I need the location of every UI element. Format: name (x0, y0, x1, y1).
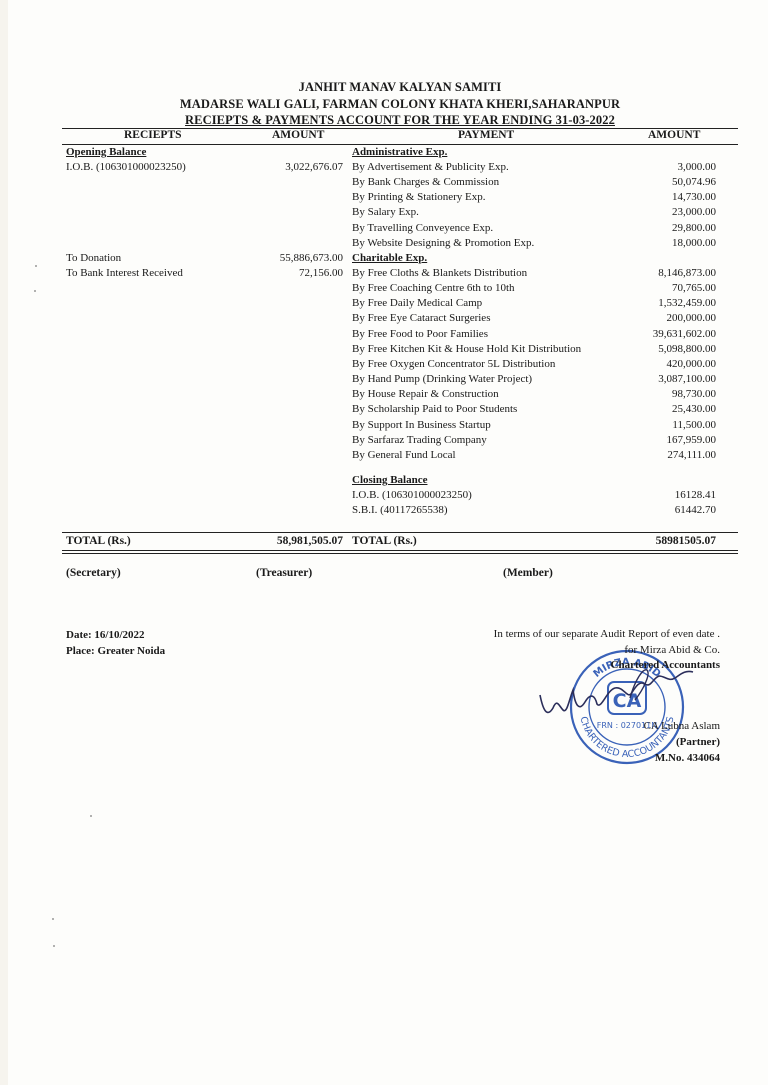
payment-label: By Printing & Stationery Exp. (352, 190, 486, 205)
firm-name: for Mirza Abid & Co. (500, 644, 720, 656)
payment-label: By Website Designing & Promotion Exp. (352, 236, 534, 251)
payment-label: By Scholarship Paid to Poor Students (352, 402, 517, 417)
col-payment: PAYMENT (458, 129, 514, 141)
total-rule-double (62, 553, 738, 554)
payment-amount: 8,146,873.00 (610, 266, 716, 281)
payment-amount: 5,098,800.00 (610, 342, 716, 357)
payment-amount: 70,765.00 (610, 281, 716, 296)
payment-label: By Salary Exp. (352, 205, 419, 220)
payment-amount: 167,959.00 (610, 433, 716, 448)
payment-label: By House Repair & Construction (352, 387, 499, 402)
payment-amount: 18,000.00 (610, 236, 716, 251)
payment-amount: 1,532,459.00 (610, 296, 716, 311)
payment-label: By Free Eye Cataract Surgeries (352, 311, 490, 326)
scan-speck (34, 290, 36, 292)
receipt-amount: 72,156.00 (240, 266, 343, 281)
org-address: MADARSE WALI GALI, FARMAN COLONY KHATA K… (60, 97, 740, 112)
payment-amount: 16128.41 (610, 488, 716, 503)
scan-speck (53, 945, 55, 947)
payment-amount: 23,000.00 (610, 205, 716, 220)
page-edge (0, 0, 8, 1085)
receipt-label: To Bank Interest Received (66, 266, 183, 281)
member-label: (Member) (503, 567, 553, 579)
total-rule-top (62, 532, 738, 533)
payment-amount: 200,000.00 (610, 311, 716, 326)
payment-label: By Free Oxygen Concentrator 5L Distribut… (352, 357, 555, 372)
receipt-amount: 55,886,673.00 (240, 251, 343, 266)
payment-label: By General Fund Local (352, 448, 456, 463)
payment-label: By Hand Pump (Drinking Water Project) (352, 372, 532, 387)
total-right-label: TOTAL (Rs.) (352, 535, 417, 547)
payment-label: I.O.B. (106301000023250) (352, 488, 472, 503)
secretary-label: (Secretary) (66, 567, 121, 579)
total-left-label: TOTAL (Rs.) (66, 535, 131, 547)
payment-amount: 420,000.00 (610, 357, 716, 372)
payment-amount: 61442.70 (610, 503, 716, 518)
signatory-name: CA Lubna Aslam (500, 720, 720, 732)
payment-label: By Free Food to Poor Families (352, 327, 488, 342)
payment-amount: 3,087,100.00 (610, 372, 716, 387)
statement-title: RECIEPTS & PAYMENTS ACCOUNT FOR THE YEAR… (60, 113, 740, 128)
payment-amount: 274,111.00 (610, 448, 716, 463)
receipt-label: I.O.B. (106301000023250) (66, 160, 186, 175)
payment-amount: 98,730.00 (610, 387, 716, 402)
payment-label: By Support In Business Startup (352, 418, 491, 433)
payment-label: By Travelling Conveyence Exp. (352, 221, 493, 236)
payment-amount: 39,631,602.00 (610, 327, 716, 342)
payment-label: By Free Cloths & Blankets Distribution (352, 266, 527, 281)
col-receipts: RECIEPTS (124, 129, 182, 141)
treasurer-label: (Treasurer) (256, 567, 312, 579)
payment-amount: 11,500.00 (610, 418, 716, 433)
payment-label: S.B.I. (40117265538) (352, 503, 448, 518)
payment-label: By Free Kitchen Kit & House Hold Kit Dis… (352, 342, 581, 357)
payment-amount: 29,800.00 (610, 221, 716, 236)
payment-label: By Bank Charges & Commission (352, 175, 499, 190)
firm-type: Chartered Accountants (500, 659, 720, 671)
date-text: Date: 16/10/2022 (66, 629, 145, 641)
total-left-amount: 58,981,505.07 (240, 535, 343, 547)
admin-exp-heading: Administrative Exp. (352, 145, 447, 160)
scan-speck (52, 918, 54, 920)
signatory-role: (Partner) (500, 736, 720, 748)
opening-balance-heading: Opening Balance (66, 145, 146, 160)
payment-label: By Advertisement & Publicity Exp. (352, 160, 509, 175)
payment-label: By Sarfaraz Trading Company (352, 433, 487, 448)
scan-speck (90, 815, 92, 817)
col-amount-right: AMOUNT (648, 129, 700, 141)
payment-amount: 25,430.00 (610, 402, 716, 417)
payment-label: By Free Daily Medical Camp (352, 296, 482, 311)
col-amount-left: AMOUNT (272, 129, 324, 141)
receipt-label: To Donation (66, 251, 121, 266)
scan-speck (35, 265, 37, 267)
payment-amount: 3,000.00 (610, 160, 716, 175)
total-right-amount: 58981505.07 (610, 535, 716, 547)
payment-amount: 14,730.00 (610, 190, 716, 205)
total-rule-bottom (62, 550, 738, 551)
receipt-amount: 3,022,676.07 (240, 160, 343, 175)
place-text: Place: Greater Noida (66, 645, 165, 657)
org-name: JANHIT MANAV KALYAN SAMITI (60, 80, 740, 95)
payment-label: By Free Coaching Centre 6th to 10th (352, 281, 515, 296)
payment-amount: 50,074.96 (610, 175, 716, 190)
closing-balance-heading: Closing Balance (352, 473, 427, 488)
audit-note: In terms of our separate Audit Report of… (420, 628, 720, 640)
charitable-exp-heading: Charitable Exp. (352, 251, 427, 266)
membership-number: M.No. 434064 (500, 752, 720, 764)
